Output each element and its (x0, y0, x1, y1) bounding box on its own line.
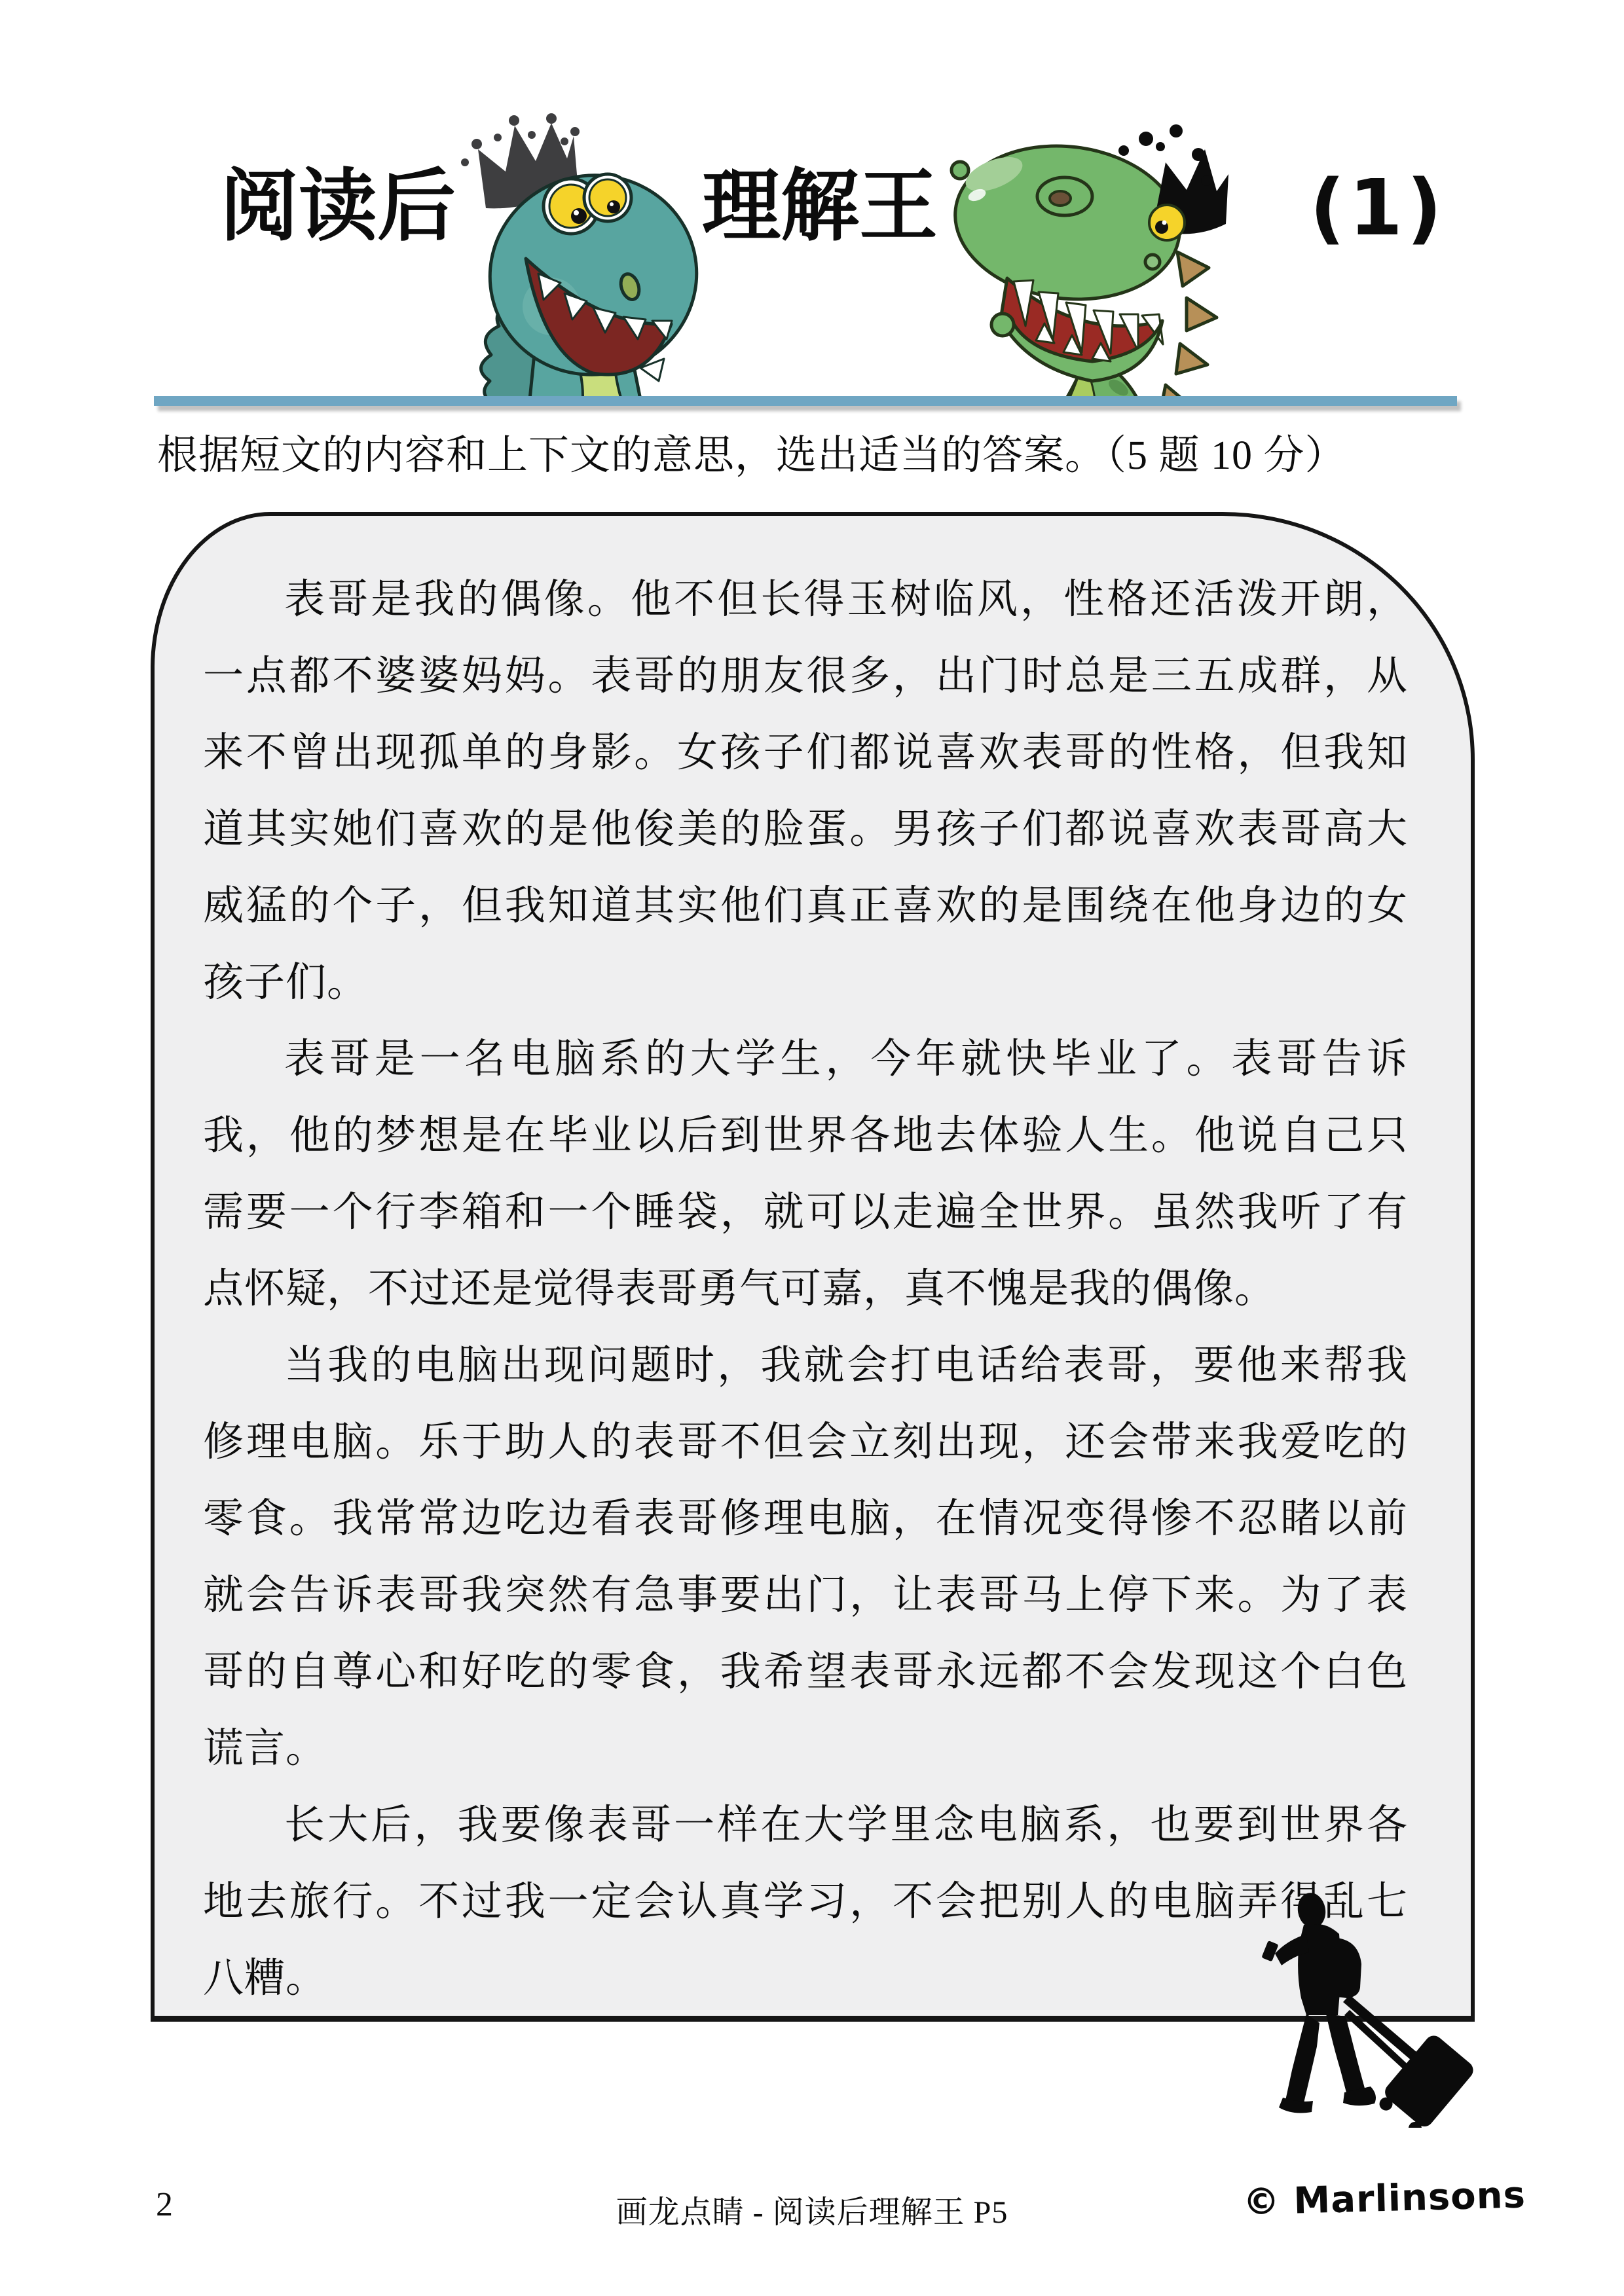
passage-line: 表哥是我的偶像。他不但长得玉树临风，性格还活泼开朗， (203, 562, 1408, 638)
passage-line: 零食。我常常边吃边看表哥修理电脑，在情况变得惨不忍睹以前 (203, 1481, 1408, 1558)
passage-line: 一点都不婆婆妈妈。表哥的朋友很多，出门时总是三五成群，从 (203, 638, 1408, 715)
teal-dinosaur-icon (452, 111, 714, 406)
instruction-text: 根据短文的内容和上下文的意思，选出适当的答案。（5 题 10 分） (157, 427, 1506, 486)
page-title-left: 阅读后 (220, 164, 456, 250)
passage-line: 八糟。 (203, 1941, 1408, 2017)
passage-line: 来不曾出现孤单的身影。女孩子们都说喜欢表哥的性格，但我知 (203, 715, 1408, 792)
traveler-with-suitcase-icon (1247, 1872, 1503, 2128)
brand-logo: © Marlinsons (1242, 2174, 1526, 2223)
passage-line: 修理电脑。乐于助人的表哥不但会立刻出现，还会带来我爱吃的 (203, 1404, 1408, 1481)
passage-line: 就会告诉表哥我突然有急事要出门，让表哥马上停下来。为了表 (203, 1558, 1408, 1634)
page-title-right: 理解王 (702, 164, 938, 250)
passage-line: 谎言。 (203, 1711, 1408, 1787)
passage: 表哥是我的偶像。他不但长得玉树临风，性格还活泼开朗， 一点都不婆婆妈妈。表哥的朋… (203, 562, 1408, 2017)
passage-line: 点怀疑，不过还是觉得表哥勇气可嘉，真不愧是我的偶像。 (203, 1251, 1408, 1328)
passage-line: 表哥是一名电脑系的大学生，今年就快毕业了。表哥告诉 (203, 1021, 1408, 1098)
passage-line: 威猛的个子，但我知道其实他们真正喜欢的是围绕在他身边的女 (203, 868, 1408, 945)
passage-line: 我，他的梦想是在毕业以后到世界各地去体验人生。他说自己只 (203, 1098, 1408, 1175)
green-dinosaur-icon (936, 124, 1238, 406)
passage-line: 道其实她们喜欢的是他俊美的脸蛋。男孩子们都说喜欢表哥高大 (203, 792, 1408, 868)
passage-line: 地去旅行。不过我一定会认真学习，不会把别人的电脑弄得乱七 (203, 1864, 1408, 1941)
passage-line: 当我的电脑出现问题时，我就会打电话给表哥，要他来帮我 (203, 1328, 1408, 1404)
passage-line: 孩子们。 (203, 945, 1408, 1021)
passage-line: 长大后，我要像表哥一样在大学里念电脑系，也要到世界各 (203, 1787, 1408, 1864)
header-divider-bar (154, 396, 1457, 406)
worksheet-number: (1) (1310, 162, 1446, 253)
passage-line: 需要一个行李箱和一个睡袋，就可以走遍全世界。虽然我听了有 (203, 1175, 1408, 1251)
passage-line: 哥的自尊心和好吃的零食，我希望表哥永远都不会发现这个白色 (203, 1634, 1408, 1711)
